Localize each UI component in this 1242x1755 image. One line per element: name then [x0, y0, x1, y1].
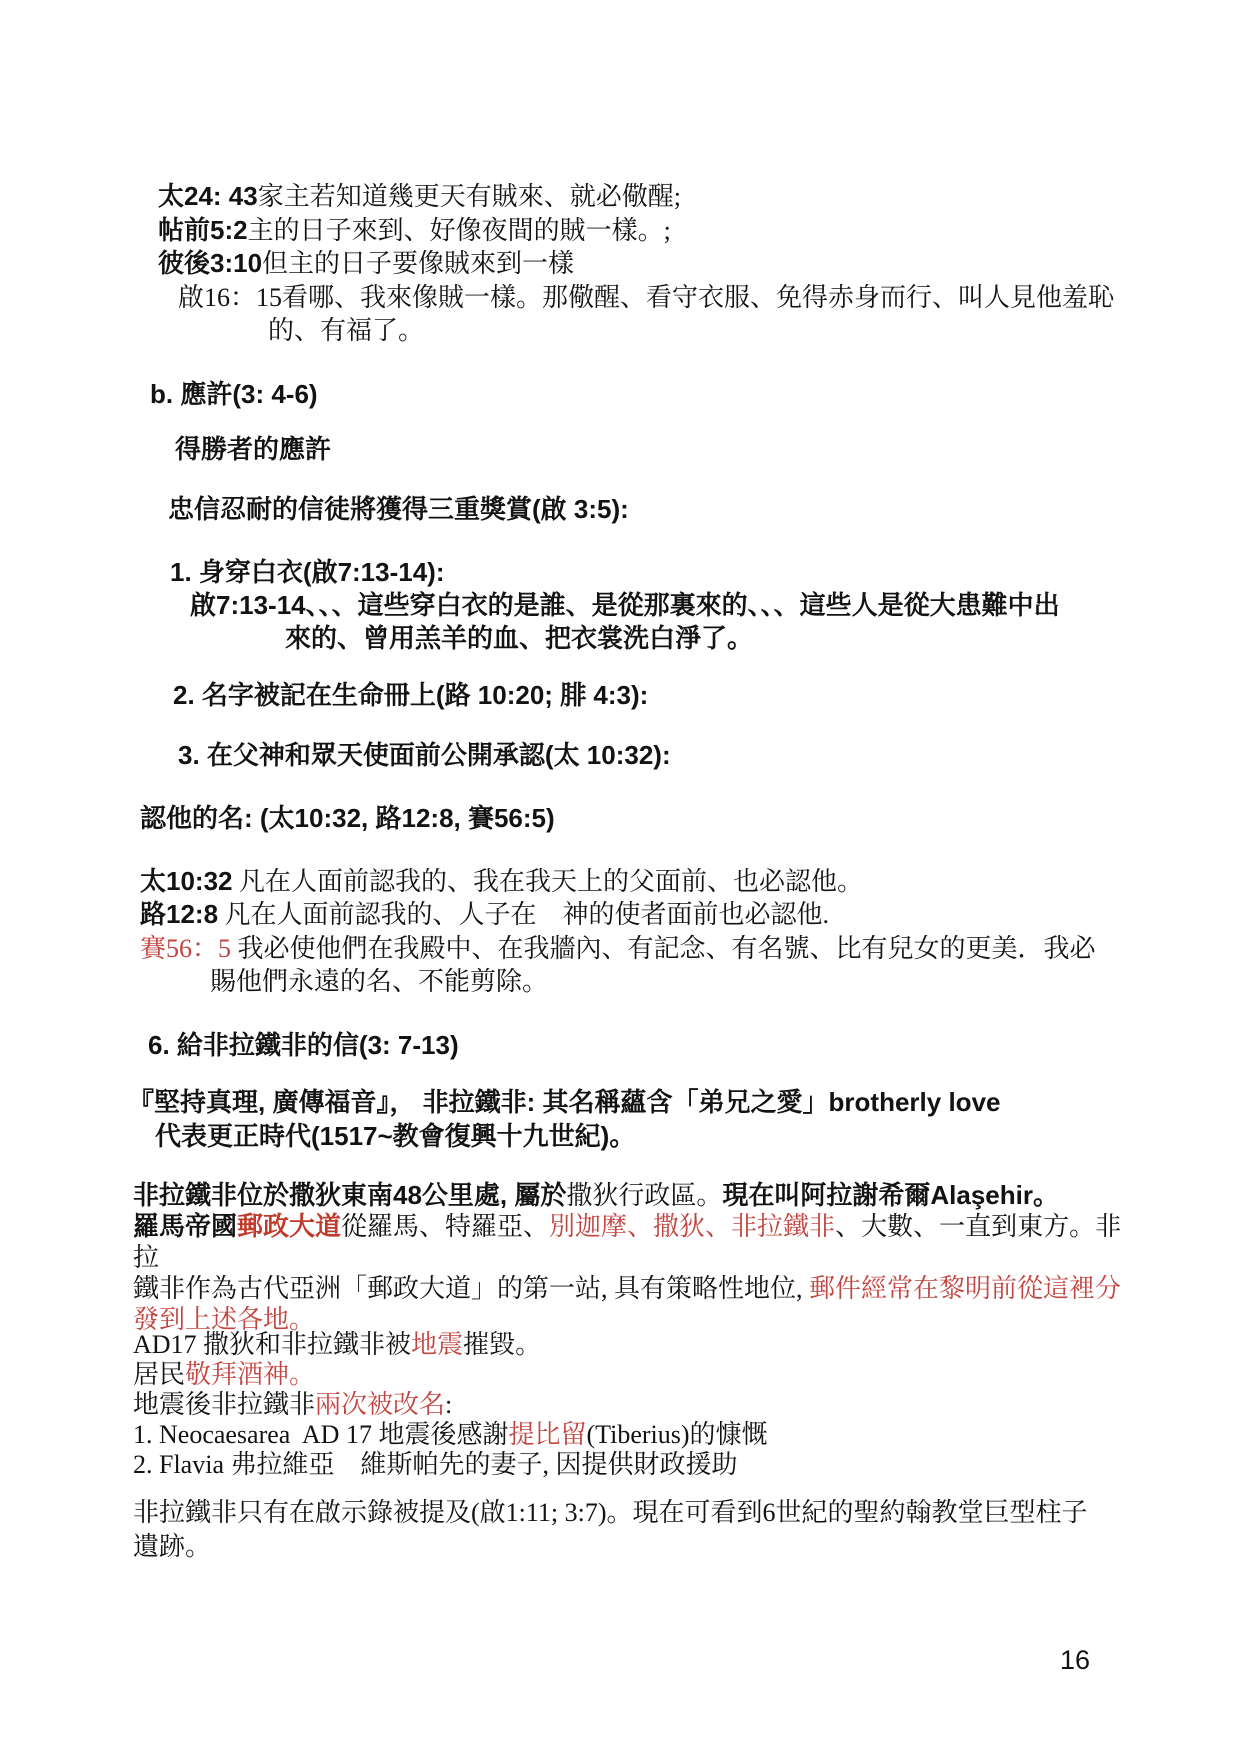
- verse-ref: 太24: 43: [158, 181, 258, 211]
- section-heading-promise: b. 應許(3: 4-6): [150, 378, 318, 411]
- philadelphia-history-block: AD17 撒狄和非拉鐵非被地震摧毀。 居民敬拜酒神。 地震後非拉鐵非兩次被改名:…: [133, 1330, 1123, 1480]
- renamed-red-text: 兩次被改名: [315, 1390, 445, 1419]
- history-rename-item1: 1. Neocaesarea AD 17 地震後感謝提比留(Tiberius)的…: [133, 1420, 1123, 1450]
- mail-dispatch-red-text: 郵件經常在黎明前從這裡分: [809, 1274, 1121, 1303]
- location-bold-text: 非拉鐵非位於撒狄東南48公里處, 屬於: [133, 1180, 566, 1210]
- reward-1-block: 1. 身穿白衣(啟7:13-14): 啟7:13-14、、、這些穿白衣的是誰、是…: [170, 556, 1060, 655]
- route-cities-text: 從羅馬、特羅亞、: [341, 1212, 549, 1241]
- scripture-quote-block: 太24: 43家主若知道幾更天有賊來、就必儆醒; 帖前5:2主的日子來到、好像夜…: [158, 180, 1114, 348]
- closing-line2: 遺跡。: [133, 1530, 1123, 1564]
- reward-1-quote-line2: 來的、曾用羔羊的血、把衣裳洗白淨了。: [285, 622, 1060, 655]
- page-number: 16: [1060, 1645, 1090, 1675]
- tiberius-red-text: 提比留: [508, 1420, 586, 1449]
- philadelphia-motto-block: 『堅持真理, 廣傳福音』， 非拉鐵非: 其名稱蘊含「弟兄之愛」brotherly…: [128, 1086, 1001, 1153]
- reward-1-quote-line1: 啟7:13-14、、、這些穿白衣的是誰、是從那裏來的、、、這些人是從大患難中出: [190, 589, 1060, 622]
- verse-text: 我必使他們在我殿中、在我牆內、有記念、有名號、比有兒女的更美．我必: [231, 934, 1096, 963]
- verse-rev-16-15-line1: 啟16：15看哪、我來像賊一樣。那儆醒、看守衣服、免得赤身而行、叫人見他羞恥: [178, 281, 1114, 315]
- earthquake-red-text: 地震: [411, 1330, 463, 1359]
- confess-verses-block: 太10:32 凡在人面前認我的、我在我天上的父面前、也必認他。 路12:8 凡在…: [140, 865, 1096, 999]
- closing-line1: 非拉鐵非只有在啟示錄被提及(啟1:11; 3:7)。現在可看到6世紀的聖約翰教堂…: [133, 1496, 1123, 1530]
- verse-ref: 帖前5:2: [158, 215, 248, 245]
- verse-text: 主的日子來到、好像夜間的賊一樣。;: [248, 216, 671, 245]
- verse-ref: 路12:8: [140, 899, 218, 929]
- verse-ref: 太10:32: [140, 866, 233, 896]
- section-heading-philadelphia: 6. 給非拉鐵非的信(3: 7-13): [148, 1029, 459, 1062]
- reward-3-title: 3. 在父神和眾天使面前公開承認(太 10:32):: [178, 739, 671, 772]
- verse-ref-red: 賽56：5: [140, 934, 231, 963]
- promise-intro: 忠信忍耐的信徒將獲得三重獎賞(啟 3:5):: [168, 493, 629, 526]
- location-bold-text: 現在叫阿拉謝希爾Alaşehir。: [722, 1180, 1059, 1210]
- reward-2-title: 2. 名字被記在生命冊上(路 10:20; 腓 4:3):: [173, 679, 648, 712]
- document-page: 太24: 43家主若知道幾更天有賊來、就必儆醒; 帖前5:2主的日子來到、好像夜…: [0, 0, 1242, 1755]
- verse-text: 家主若知道幾更天有賊來、就必儆醒;: [258, 182, 681, 211]
- verse-ref: 彼後3:10: [158, 248, 262, 278]
- verse-text: 但主的日子要像賊來到一樣: [262, 249, 574, 278]
- history-text: :: [445, 1390, 452, 1419]
- history-text: 1. Neocaesarea AD 17 地震後感謝: [133, 1420, 508, 1449]
- location-line1: 非拉鐵非位於撒狄東南48公里處, 屬於撒狄行政區。現在叫阿拉謝希爾Alaşehi…: [133, 1180, 1123, 1211]
- history-text: (Tiberius)的慷慨: [586, 1420, 767, 1449]
- motto-line2: 代表更正時代(1517~教會復興十九世紀)。: [155, 1120, 1001, 1154]
- strategic-position-text: 鐵非作為古代亞洲「郵政大道」的第一站, 具有策略性地位,: [133, 1274, 809, 1303]
- subheading-overcomers-promise: 得勝者的應許: [175, 433, 331, 466]
- history-residents-line: 居民敬拜酒神。: [133, 1360, 1123, 1390]
- verse-text: 凡在人面前認我的、我在我天上的父面前、也必認他。: [233, 867, 864, 896]
- history-rename-line: 地震後非拉鐵非兩次被改名:: [133, 1390, 1123, 1420]
- verse-matthew-10-32: 太10:32 凡在人面前認我的、我在我天上的父面前、也必認他。: [140, 865, 1096, 898]
- verse-2peter-3-10: 彼後3:10但主的日子要像賊來到一樣: [158, 247, 1114, 281]
- roman-empire-label: 羅馬帝國: [133, 1211, 237, 1241]
- history-rename-item2: 2. Flavia 弗拉維亞 維斯帕先的妻子, 因提供財政援助: [133, 1450, 1123, 1480]
- philadelphia-location-paragraph: 非拉鐵非位於撒狄東南48公里處, 屬於撒狄行政區。現在叫阿拉謝希爾Alaşehi…: [133, 1180, 1123, 1335]
- philadelphia-closing-paragraph: 非拉鐵非只有在啟示錄被提及(啟1:11; 3:7)。現在可看到6世紀的聖約翰教堂…: [133, 1496, 1123, 1563]
- verse-isaiah-56-5-line2: 賜他們永遠的名、不能剪除。: [210, 965, 1096, 998]
- verse-matthew-24-43: 太24: 43家主若知道幾更天有賊來、就必儆醒;: [158, 180, 1114, 214]
- history-text: 居民: [133, 1360, 185, 1389]
- route-cities-red-text: 別迦摩、撒狄、非拉鐵非: [549, 1212, 835, 1241]
- wine-god-red-text: 敬拜酒神。: [185, 1360, 315, 1389]
- history-text: AD17 撒狄和非拉鐵非被: [133, 1330, 411, 1359]
- verse-rev-16-15-line2: 的、有福了。: [268, 314, 1114, 348]
- history-ad17-line: AD17 撒狄和非拉鐵非被地震摧毀。: [133, 1330, 1123, 1360]
- verse-1thess-5-2: 帖前5:2主的日子來到、好像夜間的賊一樣。;: [158, 214, 1114, 248]
- location-line3: 鐵非作為古代亞洲「郵政大道」的第一站, 具有策略性地位, 郵件經常在黎明前從這裡…: [133, 1273, 1123, 1304]
- history-text: 地震後非拉鐵非: [133, 1390, 315, 1419]
- history-text: 摧毀。: [463, 1330, 541, 1359]
- confess-heading: 認他的名: (太10:32, 路12:8, 賽56:5): [140, 802, 555, 835]
- verse-luke-12-8: 路12:8 凡在人面前認我的、人子在 神的使者面前也必認他.: [140, 898, 1096, 931]
- verse-text: 凡在人面前認我的、人子在 神的使者面前也必認他.: [218, 900, 829, 929]
- motto-line1: 『堅持真理, 廣傳福音』， 非拉鐵非: 其名稱蘊含「弟兄之愛」brotherly…: [128, 1086, 1001, 1120]
- location-serif-text: 撒狄行政區。: [566, 1181, 722, 1210]
- location-line2: 羅馬帝國郵政大道從羅馬、特羅亞、別迦摩、撒狄、非拉鐵非、大數、一直到東方。非拉: [133, 1211, 1123, 1273]
- reward-1-title: 1. 身穿白衣(啟7:13-14):: [170, 556, 1060, 589]
- postal-road-label: 郵政大道: [237, 1211, 341, 1241]
- verse-isaiah-56-5-line1: 賽56：5 我必使他們在我殿中、在我牆內、有記念、有名號、比有兒女的更美．我必: [140, 932, 1096, 965]
